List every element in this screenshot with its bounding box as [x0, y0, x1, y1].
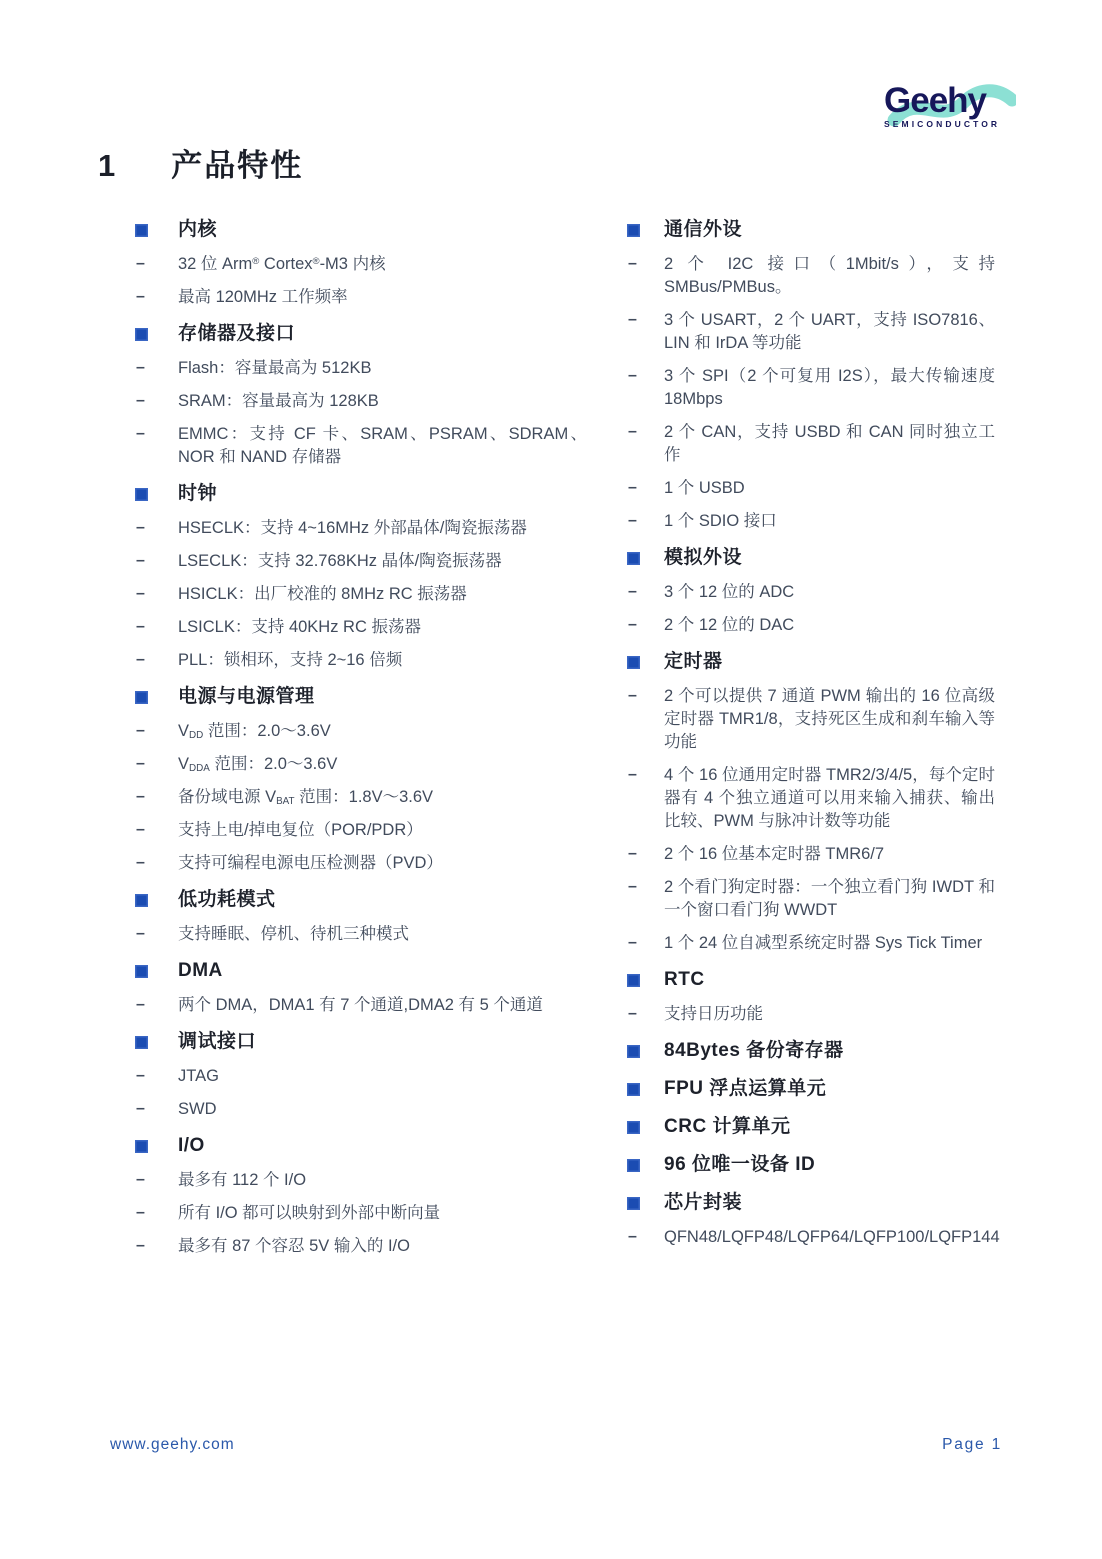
- feature-item: –LSICLK：支持 40KHz RC 振荡器: [135, 616, 587, 639]
- section-title: FPU 浮点运算单元: [664, 1076, 826, 1102]
- dash-icon: –: [136, 615, 145, 638]
- feature-item: –最多有 87 个容忍 5V 输入的 I/O: [135, 1235, 587, 1258]
- feature-text: 2 个可以提供 7 通道 PWM 输出的 16 位高级定时器 TMR1/8，支持…: [664, 685, 995, 754]
- feature-item: –EMMC：支持 CF 卡、SRAM、PSRAM、SDRAM、NOR 和 NAN…: [135, 423, 587, 469]
- section-core: 内核 –32 位 Arm® Cortex®-M3 内核 –最高 120MHz 工…: [135, 217, 587, 309]
- bullet-square-icon: [135, 488, 148, 501]
- dash-icon: –: [136, 719, 145, 742]
- feature-item: –3 个 USART，2 个 UART，支持 ISO7816、LIN 和 IrD…: [627, 309, 995, 355]
- section-unique-id: 96 位唯一设备 ID: [627, 1152, 995, 1178]
- dash-icon: –: [628, 1002, 637, 1025]
- feature-item: –支持上电/掉电复位（POR/PDR）: [135, 819, 587, 842]
- feature-item: –1 个 24 位自减型系统定时器 Sys Tick Timer: [627, 932, 995, 955]
- feature-item: –32 位 Arm® Cortex®-M3 内核: [135, 253, 587, 276]
- section-power: 电源与电源管理 –VDD 范围：2.0～3.6V –VDDA 范围：2.0～3.…: [135, 684, 587, 875]
- section-header: 低功耗模式: [135, 887, 587, 913]
- feature-item: –LSECLK：支持 32.768KHz 晶体/陶瓷振荡器: [135, 550, 587, 573]
- section-header: RTC: [627, 967, 995, 993]
- section-header: 时钟: [135, 481, 587, 507]
- footer: www.geehy.com Page 1: [110, 1436, 1002, 1454]
- bullet-square-icon: [627, 1159, 640, 1172]
- feature-item: –两个 DMA，DMA1 有 7 个通道,DMA2 有 5 个通道: [135, 994, 587, 1017]
- feature-item: –1 个 USBD: [627, 477, 995, 500]
- feature-item: –3 个 12 位的 ADC: [627, 581, 995, 604]
- feature-text: HSICLK：出厂校准的 8MHz RC 振荡器: [178, 583, 587, 606]
- dash-icon: –: [136, 1097, 145, 1120]
- feature-text: 所有 I/O 都可以映射到外部中断向量: [178, 1202, 587, 1225]
- feature-text: 1 个 24 位自减型系统定时器 Sys Tick Timer: [664, 932, 995, 955]
- section-header: 模拟外设: [627, 545, 995, 571]
- bullet-square-icon: [627, 656, 640, 669]
- column-right: 通信外设 –2 个 I2C 接口（1Mbit/s），支持 SMBus/PMBus…: [627, 205, 995, 1259]
- feature-text: 32 位 Arm® Cortex®-M3 内核: [178, 253, 587, 276]
- feature-text: 2 个 I2C 接口（1Mbit/s），支持 SMBus/PMBus。: [664, 253, 995, 299]
- dash-icon: –: [136, 582, 145, 605]
- feature-item: –2 个 16 位基本定时器 TMR6/7: [627, 843, 995, 866]
- feature-text: LSICLK：支持 40KHz RC 振荡器: [178, 616, 587, 639]
- dash-icon: –: [136, 648, 145, 671]
- bullet-square-icon: [627, 1083, 640, 1096]
- feature-columns: 内核 –32 位 Arm® Cortex®-M3 内核 –最高 120MHz 工…: [0, 205, 1102, 1268]
- section-header: 96 位唯一设备 ID: [627, 1152, 995, 1178]
- section-title: 模拟外设: [664, 545, 742, 571]
- feature-text: SRAM：容量最高为 128KB: [178, 390, 587, 413]
- feature-text: 最多有 87 个容忍 5V 输入的 I/O: [178, 1235, 587, 1258]
- feature-text: 两个 DMA，DMA1 有 7 个通道,DMA2 有 5 个通道: [178, 994, 587, 1017]
- feature-item: –SRAM：容量最高为 128KB: [135, 390, 587, 413]
- section-analog: 模拟外设 –3 个 12 位的 ADC –2 个 12 位的 DAC: [627, 545, 995, 637]
- feature-text: SWD: [178, 1098, 587, 1121]
- section-header: 定时器: [627, 649, 995, 675]
- feature-item: –支持可编程电源电压检测器（PVD）: [135, 852, 587, 875]
- feature-text: PLL：锁相环，支持 2~16 倍频: [178, 649, 587, 672]
- feature-item: –JTAG: [135, 1065, 587, 1088]
- feature-text: 3 个 12 位的 ADC: [664, 581, 995, 604]
- section-clock: 时钟 –HSECLK：支持 4~16MHz 外部晶体/陶瓷振荡器 –LSECLK…: [135, 481, 587, 672]
- dash-icon: –: [628, 476, 637, 499]
- column-left: 内核 –32 位 Arm® Cortex®-M3 内核 –最高 120MHz 工…: [135, 205, 587, 1268]
- section-header: I/O: [135, 1133, 587, 1159]
- dash-icon: –: [136, 1234, 145, 1257]
- bullet-square-icon: [135, 328, 148, 341]
- feature-text: 2 个 CAN，支持 USBD 和 CAN 同时独立工作: [664, 421, 995, 467]
- section-title: 定时器: [664, 649, 723, 675]
- feature-text: 4 个 16 位通用定时器 TMR2/3/4/5，每个定时器有 4 个独立通道可…: [664, 764, 995, 833]
- feature-text: 支持上电/掉电复位（POR/PDR）: [178, 819, 587, 842]
- dash-icon: –: [136, 818, 145, 841]
- section-lowpower: 低功耗模式 –支持睡眠、停机、待机三种模式: [135, 887, 587, 946]
- dash-icon: –: [628, 420, 637, 443]
- feature-text: 最多有 112 个 I/O: [178, 1169, 587, 1192]
- feature-text: 2 个 12 位的 DAC: [664, 614, 995, 637]
- section-debug: 调试接口 –JTAG –SWD: [135, 1029, 587, 1121]
- feature-item: –VDDA 范围：2.0～3.6V: [135, 753, 587, 776]
- section-package: 芯片封装 –QFN48/LQFP48/LQFP64/LQFP100/LQFP14…: [627, 1190, 995, 1249]
- feature-text: VDDA 范围：2.0～3.6V: [178, 753, 587, 776]
- feature-text: LSECLK：支持 32.768KHz 晶体/陶瓷振荡器: [178, 550, 587, 573]
- bullet-square-icon: [135, 224, 148, 237]
- section-header: 芯片封装: [627, 1190, 995, 1216]
- section-title: 时钟: [178, 481, 217, 507]
- section-crc: CRC 计算单元: [627, 1114, 995, 1140]
- section-title: 低功耗模式: [178, 887, 276, 913]
- logo-subtitle: SEMICONDUCTOR: [884, 119, 1014, 129]
- dash-icon: –: [136, 549, 145, 572]
- feature-item: –Flash：容量最高为 512KB: [135, 357, 587, 380]
- dash-icon: –: [136, 993, 145, 1016]
- feature-item: –4 个 16 位通用定时器 TMR2/3/4/5，每个定时器有 4 个独立通道…: [627, 764, 995, 833]
- logo-wordmark: Geehy: [884, 84, 1014, 118]
- dash-icon: –: [628, 1225, 637, 1248]
- section-title: I/O: [178, 1133, 205, 1159]
- feature-item: –最多有 112 个 I/O: [135, 1169, 587, 1192]
- feature-item: –支持睡眠、停机、待机三种模式: [135, 923, 587, 946]
- feature-text: 2 个 16 位基本定时器 TMR6/7: [664, 843, 995, 866]
- feature-item: –所有 I/O 都可以映射到外部中断向量: [135, 1202, 587, 1225]
- section-header: 通信外设: [627, 217, 995, 243]
- dash-icon: –: [628, 509, 637, 532]
- section-header: 84Bytes 备份寄存器: [627, 1038, 995, 1064]
- dash-icon: –: [136, 356, 145, 379]
- section-header: FPU 浮点运算单元: [627, 1076, 995, 1102]
- section-title: RTC: [664, 967, 705, 993]
- dash-icon: –: [136, 422, 145, 445]
- feature-text: 备份域电源 VBAT 范围：1.8V～3.6V: [178, 786, 587, 809]
- feature-text: 支持可编程电源电压检测器（PVD）: [178, 852, 587, 875]
- section-timers: 定时器 –2 个可以提供 7 通道 PWM 输出的 16 位高级定时器 TMR1…: [627, 649, 995, 955]
- dash-icon: –: [136, 922, 145, 945]
- dash-icon: –: [628, 875, 637, 898]
- footer-url: www.geehy.com: [110, 1436, 235, 1454]
- feature-item: –VDD 范围：2.0～3.6V: [135, 720, 587, 743]
- bullet-square-icon: [627, 1045, 640, 1058]
- dash-icon: –: [628, 842, 637, 865]
- section-title: 电源与电源管理: [178, 684, 315, 710]
- section-title: 84Bytes 备份寄存器: [664, 1038, 844, 1064]
- dash-icon: –: [628, 308, 637, 331]
- feature-text: EMMC：支持 CF 卡、SRAM、PSRAM、SDRAM、NOR 和 NAND…: [178, 423, 587, 469]
- feature-item: –最高 120MHz 工作频率: [135, 286, 587, 309]
- feature-item: –3 个 SPI（2 个可复用 I2S），最大传输速度 18Mbps: [627, 365, 995, 411]
- dash-icon: –: [136, 285, 145, 308]
- feature-item: –2 个 12 位的 DAC: [627, 614, 995, 637]
- feature-text: 1 个 SDIO 接口: [664, 510, 995, 533]
- feature-text: 支持日历功能: [664, 1003, 995, 1026]
- feature-item: –HSECLK：支持 4~16MHz 外部晶体/陶瓷振荡器: [135, 517, 587, 540]
- title-number: 1: [98, 148, 115, 184]
- dash-icon: –: [136, 389, 145, 412]
- bullet-square-icon: [627, 1197, 640, 1210]
- section-rtc: RTC –支持日历功能: [627, 967, 995, 1026]
- feature-item: –2 个 CAN，支持 USBD 和 CAN 同时独立工作: [627, 421, 995, 467]
- feature-text: 3 个 SPI（2 个可复用 I2S），最大传输速度 18Mbps: [664, 365, 995, 411]
- section-title: DMA: [178, 958, 223, 984]
- feature-text: JTAG: [178, 1065, 587, 1088]
- section-fpu: FPU 浮点运算单元: [627, 1076, 995, 1102]
- dash-icon: –: [136, 1201, 145, 1224]
- feature-item: –2 个 I2C 接口（1Mbit/s），支持 SMBus/PMBus。: [627, 253, 995, 299]
- section-header: 电源与电源管理: [135, 684, 587, 710]
- dash-icon: –: [628, 252, 637, 275]
- dash-icon: –: [628, 763, 637, 786]
- feature-item: –HSICLK：出厂校准的 8MHz RC 振荡器: [135, 583, 587, 606]
- section-title: 通信外设: [664, 217, 742, 243]
- feature-text: 最高 120MHz 工作频率: [178, 286, 587, 309]
- feature-item: –2 个看门狗定时器：一个独立看门狗 IWDT 和一个窗口看门狗 WWDT: [627, 876, 995, 922]
- bullet-square-icon: [135, 894, 148, 907]
- feature-text: 3 个 USART，2 个 UART，支持 ISO7816、LIN 和 IrDA…: [664, 309, 995, 355]
- feature-item: –2 个可以提供 7 通道 PWM 输出的 16 位高级定时器 TMR1/8，支…: [627, 685, 995, 754]
- dash-icon: –: [628, 613, 637, 636]
- feature-item: –SWD: [135, 1098, 587, 1121]
- feature-item: –1 个 SDIO 接口: [627, 510, 995, 533]
- section-io: I/O –最多有 112 个 I/O –所有 I/O 都可以映射到外部中断向量 …: [135, 1133, 587, 1258]
- dash-icon: –: [136, 1064, 145, 1087]
- section-header: 调试接口: [135, 1029, 587, 1055]
- dash-icon: –: [136, 1168, 145, 1191]
- bullet-square-icon: [135, 965, 148, 978]
- feature-text: 2 个看门狗定时器：一个独立看门狗 IWDT 和一个窗口看门狗 WWDT: [664, 876, 995, 922]
- feature-item: –QFN48/LQFP48/LQFP64/LQFP100/LQFP144: [627, 1226, 995, 1249]
- section-header: CRC 计算单元: [627, 1114, 995, 1140]
- feature-text: 1 个 USBD: [664, 477, 995, 500]
- section-title: CRC 计算单元: [664, 1114, 790, 1140]
- bullet-square-icon: [627, 1121, 640, 1134]
- feature-text: Flash：容量最高为 512KB: [178, 357, 587, 380]
- geehy-logo: Geehy SEMICONDUCTOR: [884, 84, 1014, 140]
- section-memory: 存储器及接口 –Flash：容量最高为 512KB –SRAM：容量最高为 12…: [135, 321, 587, 469]
- section-dma: DMA –两个 DMA，DMA1 有 7 个通道,DMA2 有 5 个通道: [135, 958, 587, 1017]
- section-title: 调试接口: [178, 1029, 256, 1055]
- feature-text: 支持睡眠、停机、待机三种模式: [178, 923, 587, 946]
- dash-icon: –: [136, 252, 145, 275]
- section-header: DMA: [135, 958, 587, 984]
- section-header: 内核: [135, 217, 587, 243]
- feature-item: –支持日历功能: [627, 1003, 995, 1026]
- dash-icon: –: [136, 516, 145, 539]
- section-comm: 通信外设 –2 个 I2C 接口（1Mbit/s），支持 SMBus/PMBus…: [627, 217, 995, 533]
- dash-icon: –: [136, 785, 145, 808]
- bullet-square-icon: [627, 974, 640, 987]
- bullet-square-icon: [135, 1140, 148, 1153]
- feature-text: VDD 范围：2.0～3.6V: [178, 720, 587, 743]
- section-backup-registers: 84Bytes 备份寄存器: [627, 1038, 995, 1064]
- section-title: 96 位唯一设备 ID: [664, 1152, 815, 1178]
- bullet-square-icon: [135, 1036, 148, 1049]
- feature-text: QFN48/LQFP48/LQFP64/LQFP100/LQFP144: [664, 1226, 995, 1249]
- section-header: 存储器及接口: [135, 321, 587, 347]
- section-title: 存储器及接口: [178, 321, 295, 347]
- dash-icon: –: [628, 364, 637, 387]
- feature-item: –PLL：锁相环，支持 2~16 倍频: [135, 649, 587, 672]
- title-text: 产品特性: [171, 140, 303, 185]
- bullet-square-icon: [627, 552, 640, 565]
- dash-icon: –: [136, 752, 145, 775]
- dash-icon: –: [136, 851, 145, 874]
- section-title: 芯片封装: [664, 1190, 742, 1216]
- dash-icon: –: [628, 684, 637, 707]
- feature-item: –备份域电源 VBAT 范围：1.8V～3.6V: [135, 786, 587, 809]
- bullet-square-icon: [627, 224, 640, 237]
- section-title: 内核: [178, 217, 217, 243]
- footer-page-number: Page 1: [942, 1436, 1002, 1454]
- dash-icon: –: [628, 580, 637, 603]
- bullet-square-icon: [135, 691, 148, 704]
- feature-text: HSECLK：支持 4~16MHz 外部晶体/陶瓷振荡器: [178, 517, 587, 540]
- dash-icon: –: [628, 931, 637, 954]
